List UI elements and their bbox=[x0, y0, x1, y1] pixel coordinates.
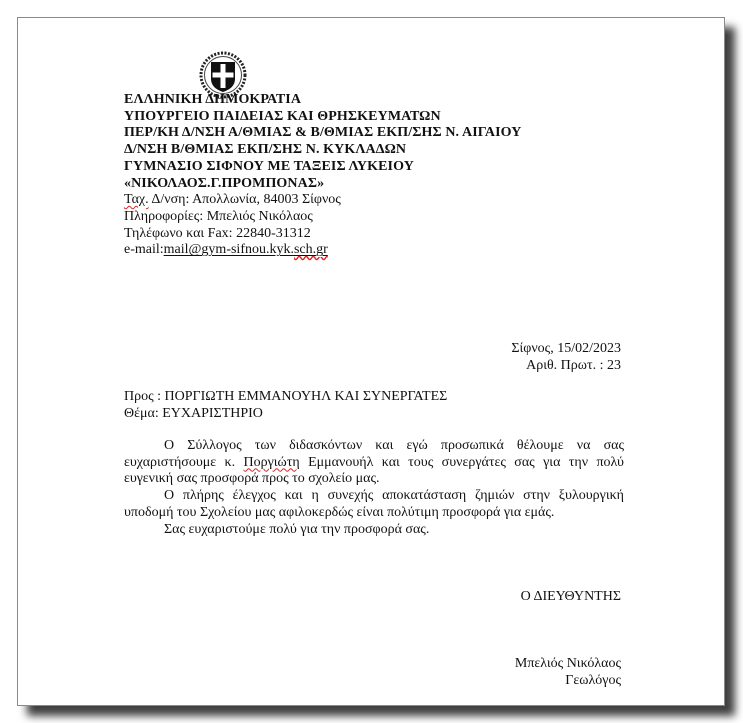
letterhead-line: ΕΛΛΗΝΙΚΗ ΔΗΜΟΚΡΑΤΙΑ bbox=[124, 92, 522, 109]
signer-role: Γεωλόγος bbox=[515, 673, 621, 690]
body-paragraph: Ο Σύλλογος των διδασκόντων και εγώ προσω… bbox=[124, 438, 624, 488]
body-paragraph: Ο πλήρης έλεγχος και η συνεχής αποκατάστ… bbox=[124, 488, 624, 521]
letterhead: ΕΛΛΗΝΙΚΗ ΔΗΜΟΚΡΑΤΙΑ ΥΠΟΥΡΓΕΙΟ ΠΑΙΔΕΙΑΣ Κ… bbox=[124, 92, 522, 259]
body-paragraph: Σας ευχαριστούμε πολύ για την προσφορά σ… bbox=[124, 522, 624, 539]
email-label: e-mail: bbox=[124, 242, 164, 257]
signoff-title: Ο ΔΙΕΥΘΥΝΤΗΣ bbox=[521, 589, 621, 606]
recipient-block: Προς : ΠΟΡΓΙΩΤΗ ΕΜΜΑΝΟΥΗΛ ΚΑΙ ΣΥΝΕΡΓΑΤΕΣ… bbox=[124, 389, 447, 422]
dateline: Σίφνος, 15/02/2023 Αριθ. Πρωτ. : 23 bbox=[511, 341, 621, 374]
place-date: Σίφνος, 15/02/2023 bbox=[511, 341, 621, 358]
address-text: Δ/νση: Απολλωνία, 84003 Σίφνος bbox=[149, 192, 341, 207]
address-label: Ταχ. bbox=[124, 192, 149, 207]
protocol-number: Αριθ. Πρωτ. : 23 bbox=[511, 358, 621, 375]
email-line: e-mail:mail@gym-sifnou.kyk.sch.gr bbox=[124, 242, 522, 259]
letterhead-line: ΓΥΜΝΑΣΙΟ ΣΙΦΝΟΥ ΜΕ ΤΑΞΕΙΣ ΛΥΚΕΙΟΥ bbox=[124, 159, 522, 176]
address-line: Ταχ. Δ/νση: Απολλωνία, 84003 Σίφνος bbox=[124, 192, 522, 209]
letterhead-line: ΠΕΡ/ΚΗ Δ/ΝΣΗ Α/ΘΜΙΑΣ & Β/ΘΜΙΑΣ ΕΚΠ/ΣΗΣ Ν… bbox=[124, 125, 522, 142]
email-link[interactable]: mail@gym-sifnou.kyk.sch.gr bbox=[164, 242, 328, 257]
letterhead-line: Δ/ΝΣΗ Β/ΘΜΙΑΣ ΕΚΠ/ΣΗΣ Ν. ΚΥΚΛΑΔΩΝ bbox=[124, 142, 522, 159]
document-page: ΕΛΛΗΝΙΚΗ ΔΗΜΟΚΡΑΤΙΑ ΥΠΟΥΡΓΕΙΟ ΠΑΙΔΕΙΑΣ Κ… bbox=[17, 17, 725, 706]
info-line: Πληροφορίες: Μπελιός Νικόλαος bbox=[124, 209, 522, 226]
phone-line: Τηλέφωνο και Fax: 22840-31312 bbox=[124, 226, 522, 243]
signature-block: Μπελιός Νικόλαος Γεωλόγος bbox=[515, 656, 621, 689]
letterhead-line: ΥΠΟΥΡΓΕΙΟ ΠΑΙΔΕΙΑΣ ΚΑΙ ΘΡΗΣΚΕΥΜΑΤΩΝ bbox=[124, 109, 522, 126]
recipient-line: Προς : ΠΟΡΓΙΩΤΗ ΕΜΜΑΝΟΥΗΛ ΚΑΙ ΣΥΝΕΡΓΑΤΕΣ bbox=[124, 389, 447, 406]
misspelled-name: Πoργιώτη bbox=[244, 455, 300, 470]
signer-name: Μπελιός Νικόλαος bbox=[515, 656, 621, 673]
subject-line: Θέμα: ΕΥΧΑΡΙΣΤΗΡΙΟ bbox=[124, 406, 447, 423]
letterhead-line: «ΝΙΚΟΛΑΟΣ.Γ.ΠΡΟΜΠΟΝΑΣ» bbox=[124, 176, 522, 193]
letter-body: Ο Σύλλογος των διδασκόντων και εγώ προσω… bbox=[124, 438, 624, 538]
